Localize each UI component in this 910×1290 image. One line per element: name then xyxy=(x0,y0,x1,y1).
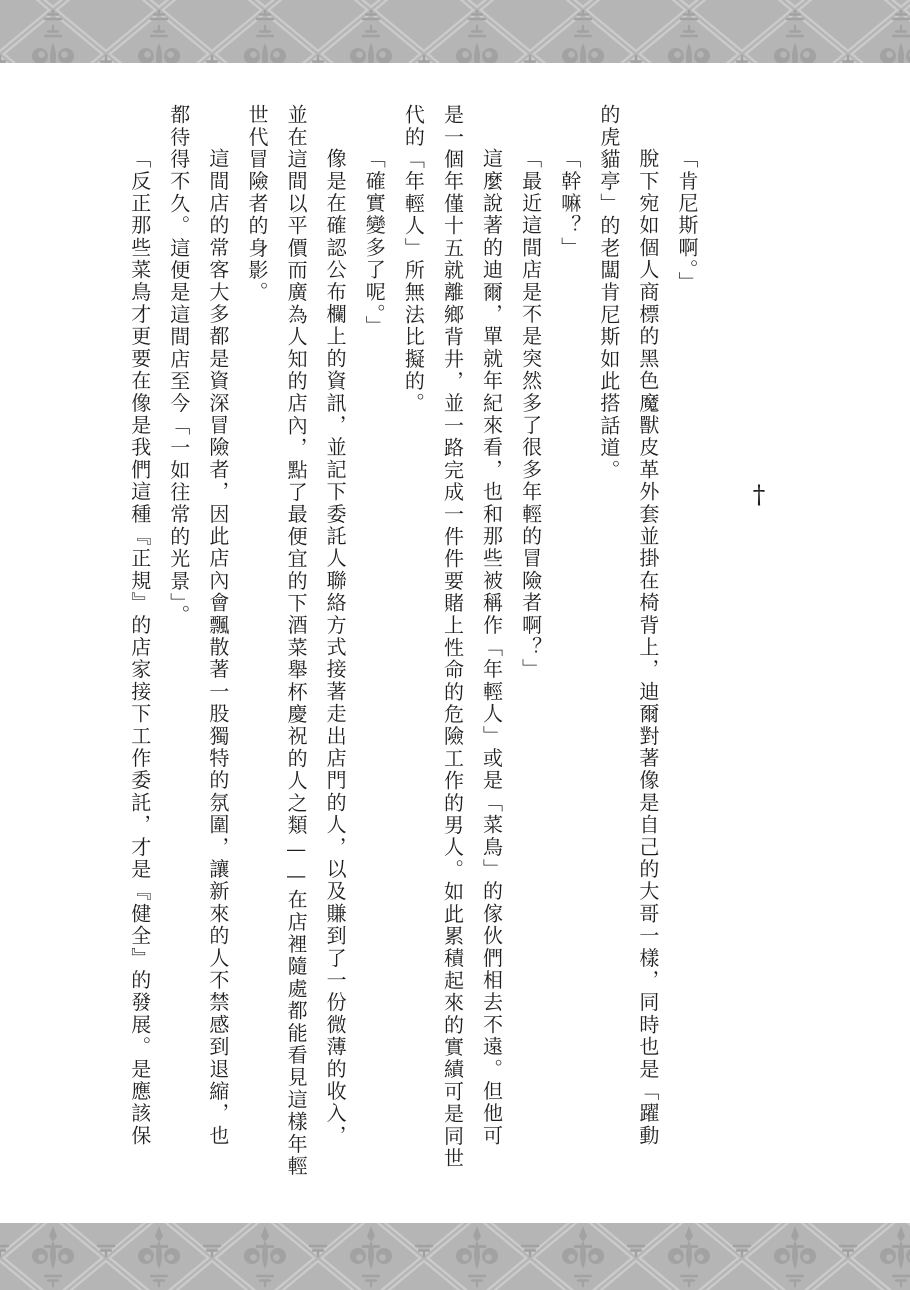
text-line: 並在這間以平價而廣為人知的店內，點了最便宜的下酒菜舉杯慶祝的人之類——在店裡隨處… xyxy=(276,104,315,1182)
text-line: 「確實變多了呢。」 xyxy=(354,104,393,1182)
top-border-pattern-fill xyxy=(0,0,910,63)
text-line: 「最近這間店是不是突然多了很多年輕的冒險者啊？」 xyxy=(511,104,550,1182)
text-line: 世代冒險者的身影。 xyxy=(237,104,276,1182)
novel-page: † 「肯尼斯啊。」脫下宛如個人商標的黑色魔獸皮革外套並掛在椅背上，迪爾對著像是自… xyxy=(0,0,910,1290)
text-line: 是一個年僅十五就離鄉背井，並一路完成一件件要賭上性命的危險工作的男人。如此累積起… xyxy=(432,104,471,1182)
text-line: 這間店的常客大多都是資深冒險者，因此店內會飄散著一股獨特的氛圍，讓新來的人不禁感… xyxy=(198,104,237,1182)
text-line: 都待得不久。這便是這間店至今「一如往常的光景」。 xyxy=(159,104,198,1182)
text-line: 脫下宛如個人商標的黑色魔獸皮革外套並掛在椅背上，迪爾對著像是自己的大哥一樣，同時… xyxy=(628,104,667,1182)
text-line: 「幹嘛？」 xyxy=(550,104,589,1182)
text-line: 的虎貓亭」的老闆肯尼斯如此搭話道。 xyxy=(589,104,628,1182)
text-line: 這麼說著的迪爾，單就年紀來看，也和那些被稱作「年輕人」或是「菜鳥」的傢伙們相去不… xyxy=(471,104,510,1182)
text-line: 像是在確認公布欄上的資訊，並記下委託人聯絡方式接著走出店門的人，以及賺到了一份微… xyxy=(315,104,354,1182)
bottom-border-pattern-fill xyxy=(0,1223,910,1290)
vertical-text-block: 「肯尼斯啊。」脫下宛如個人商標的黑色魔獸皮革外套並掛在椅背上，迪爾對著像是自己的… xyxy=(116,104,706,1182)
top-border-ornament xyxy=(0,0,910,63)
text-line: 「反正那些菜鳥才更要在像是我們這種『正規』的店家接下工作委託，才是『健全』的發展… xyxy=(120,104,159,1182)
section-divider-dagger: † xyxy=(744,480,774,510)
text-line: 「肯尼斯啊。」 xyxy=(667,104,706,1182)
bottom-border-ornament xyxy=(0,1223,910,1290)
text-line: 代的「年輕人」所無法比擬的。 xyxy=(393,104,432,1182)
